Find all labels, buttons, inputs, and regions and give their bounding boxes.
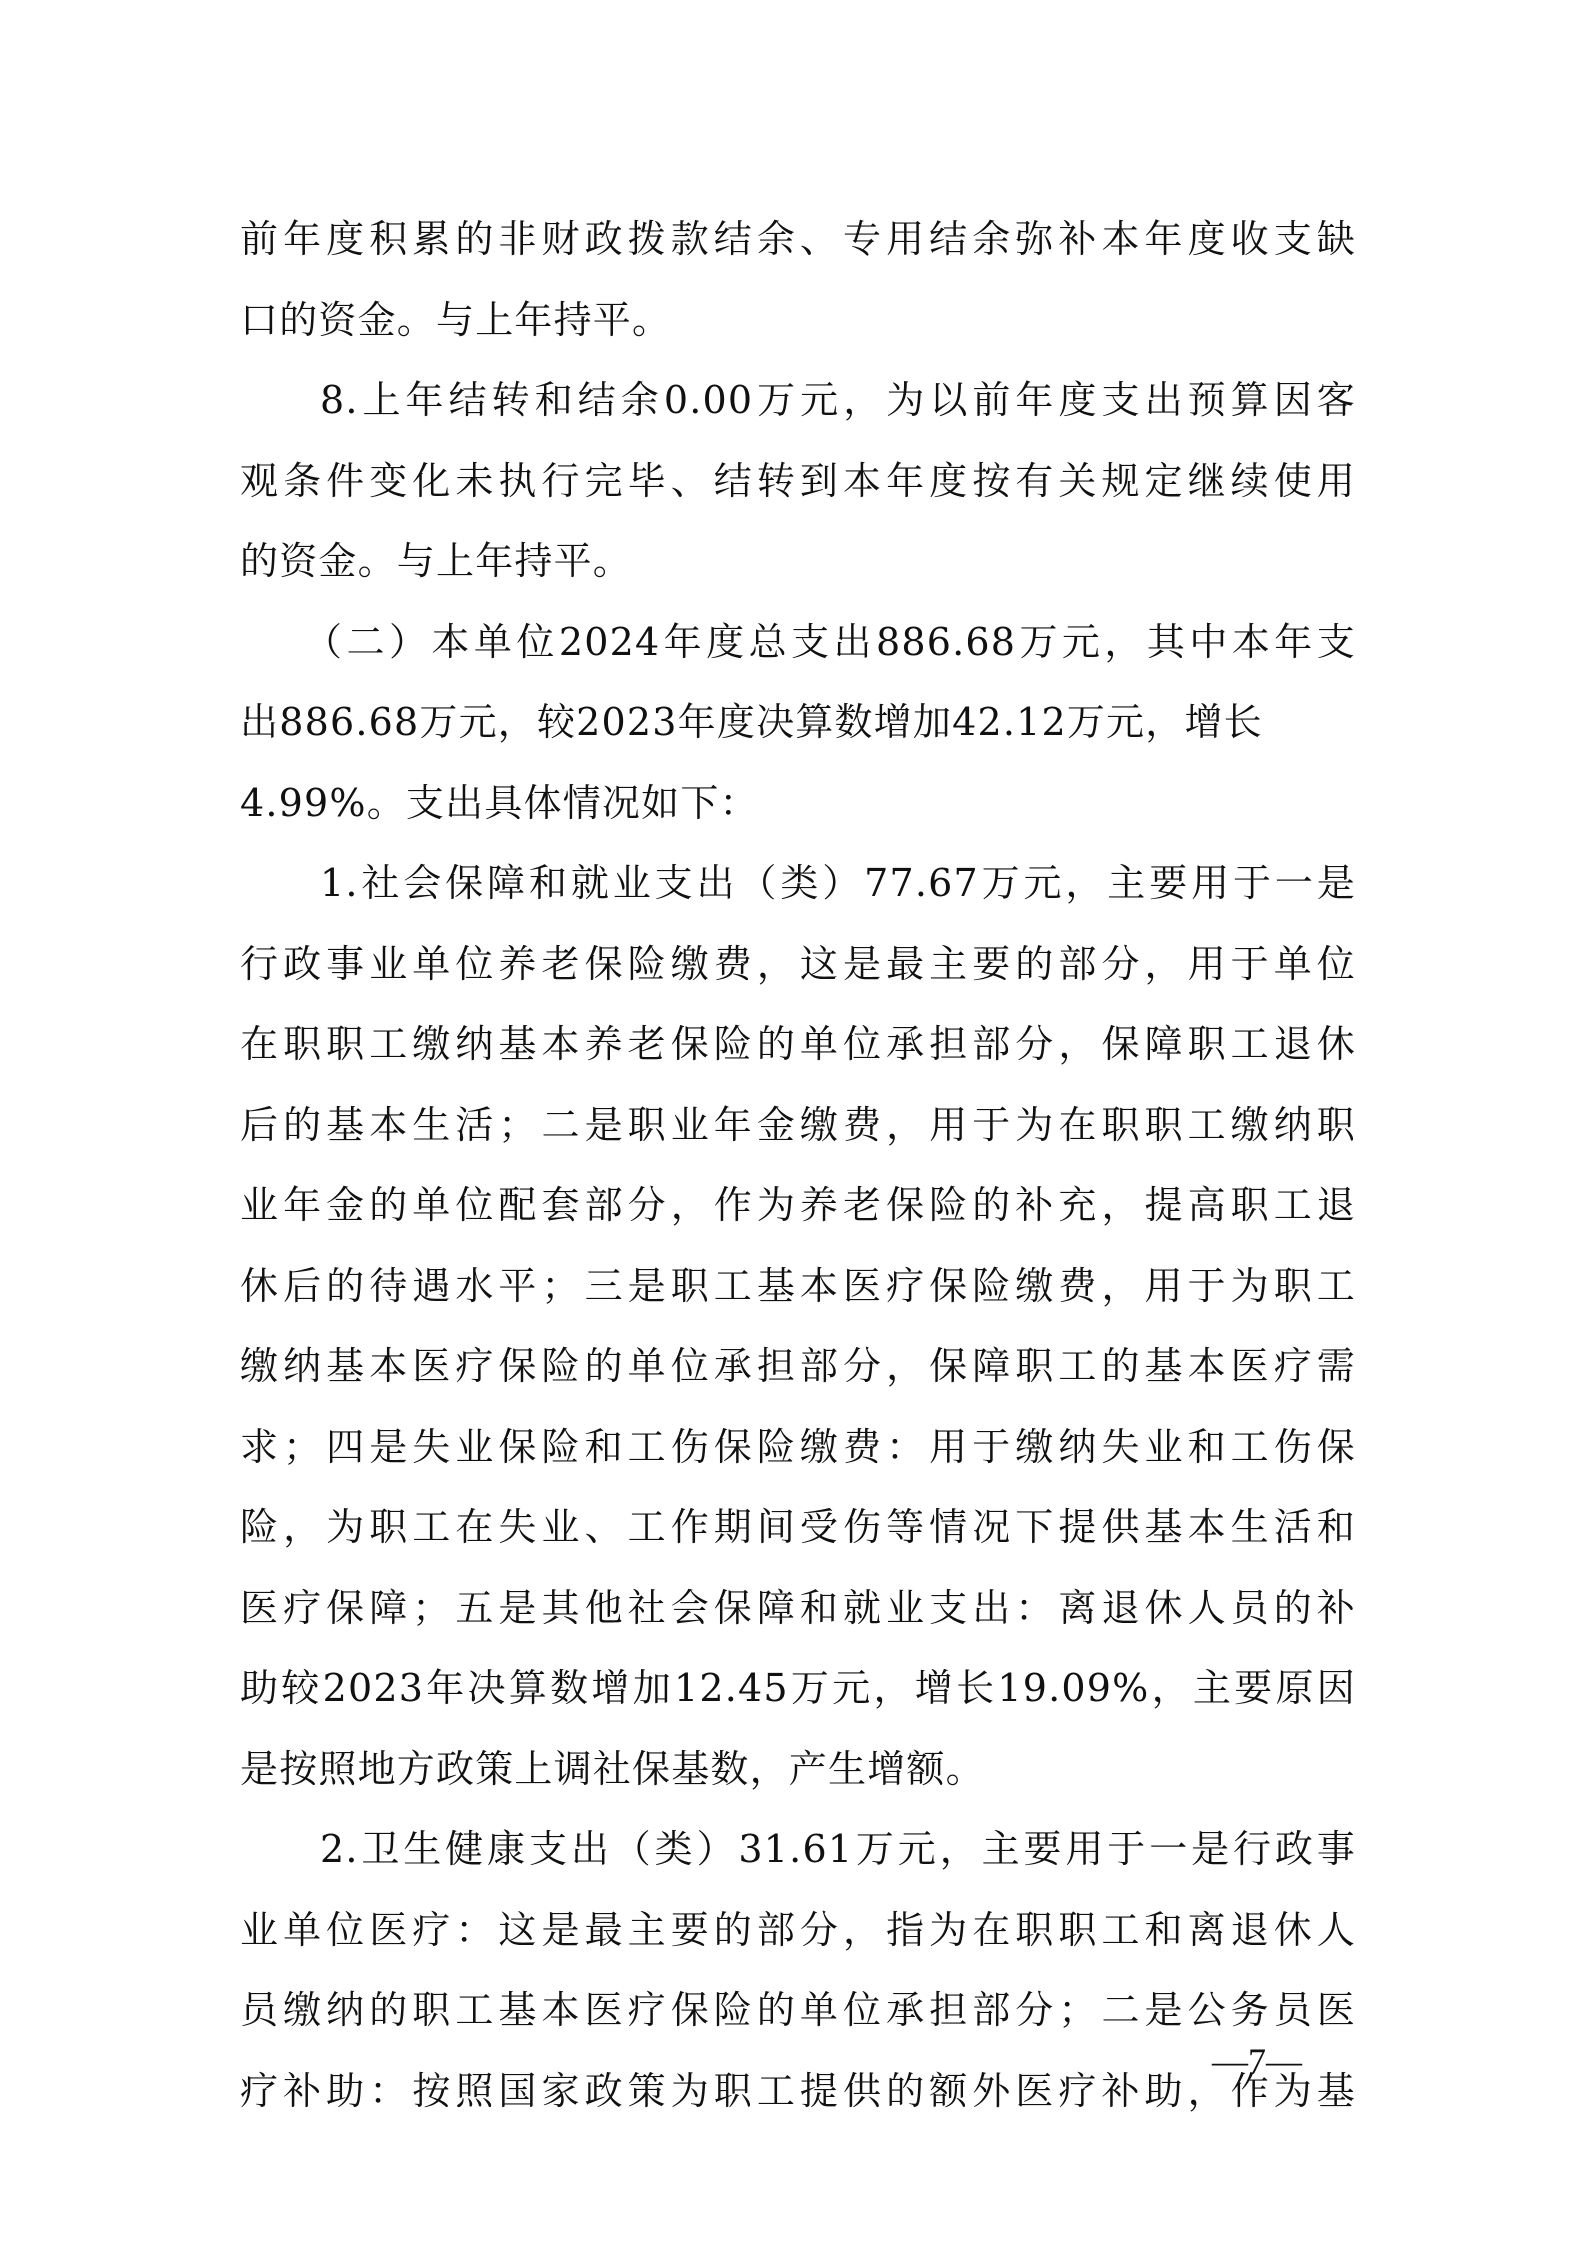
text-line: 出886.68万元，较2023年度决算数增加42.12万元，增长	[240, 690, 1356, 771]
paragraph-continuation: 前年度积累的非财政拨款结余、专用结余弥补本年度收支缺 口的资金。与上年持平。	[240, 207, 1356, 368]
text-line: 求；四是失业保险和工伤保险缴费：用于缴纳失业和工伤保	[240, 1415, 1356, 1496]
text-line: 观条件变化未执行完毕、结转到本年度按有关规定继续使用	[240, 449, 1356, 530]
text-line: 员缴纳的职工基本医疗保险的单位承担部分；二是公务员医	[240, 1978, 1356, 2059]
text-line: 休后的待遇水平；三是职工基本医疗保险缴费，用于为职工	[240, 1254, 1356, 1335]
paragraph-item-2-health: 2.卫生健康支出（类）31.61万元，主要用于一是行政事 业单位医疗：这是最主要…	[240, 1817, 1356, 2139]
text-line: 前年度积累的非财政拨款结余、专用结余弥补本年度收支缺	[240, 207, 1356, 288]
text-line: 4.99%。支出具体情况如下：	[240, 771, 1356, 852]
paragraph-section-2-expenditure: （二）本单位2024年度总支出886.68万元，其中本年支 出886.68万元，…	[240, 610, 1356, 852]
text-line: 业单位医疗：这是最主要的部分，指为在职职工和离退休人	[240, 1898, 1356, 1979]
text-line: 业年金的单位配套部分，作为养老保险的补充，提高职工退	[240, 1173, 1356, 1254]
text-line: 1.社会保障和就业支出（类）77.67万元，主要用于一是	[240, 851, 1356, 932]
paragraph-item-8: 8.上年结转和结余0.00万元，为以前年度支出预算因客 观条件变化未执行完毕、结…	[240, 368, 1356, 610]
text-line: 疗补助：按照国家政策为职工提供的额外医疗补助，作为基	[240, 2059, 1356, 2140]
text-line: 2.卫生健康支出（类）31.61万元，主要用于一是行政事	[240, 1817, 1356, 1898]
text-line: 助较2023年决算数增加12.45万元，增长19.09%，主要原因	[240, 1656, 1356, 1737]
paragraph-item-1-social-security: 1.社会保障和就业支出（类）77.67万元，主要用于一是 行政事业单位养老保险缴…	[240, 851, 1356, 1817]
text-line: 缴纳基本医疗保险的单位承担部分，保障职工的基本医疗需	[240, 1334, 1356, 1415]
text-line: 8.上年结转和结余0.00万元，为以前年度支出预算因客	[240, 368, 1356, 449]
text-line: （二）本单位2024年度总支出886.68万元，其中本年支	[240, 610, 1356, 691]
text-line: 险，为职工在失业、工作期间受伤等情况下提供基本生活和	[240, 1495, 1356, 1576]
text-line: 口的资金。与上年持平。	[240, 288, 1356, 369]
text-line: 后的基本生活；二是职业年金缴费，用于为在职职工缴纳职	[240, 1093, 1356, 1174]
text-line: 是按照地方政策上调社保基数，产生增额。	[240, 1737, 1356, 1818]
text-line: 行政事业单位养老保险缴费，这是最主要的部分，用于单位	[240, 932, 1356, 1013]
text-line: 在职职工缴纳基本养老保险的单位承担部分，保障职工退休	[240, 1012, 1356, 1093]
page-number: —7—	[1212, 2040, 1302, 2082]
document-body: 前年度积累的非财政拨款结余、专用结余弥补本年度收支缺 口的资金。与上年持平。 8…	[240, 207, 1356, 2139]
text-line: 医疗保障；五是其他社会保障和就业支出：离退休人员的补	[240, 1576, 1356, 1657]
text-line: 的资金。与上年持平。	[240, 529, 1356, 610]
